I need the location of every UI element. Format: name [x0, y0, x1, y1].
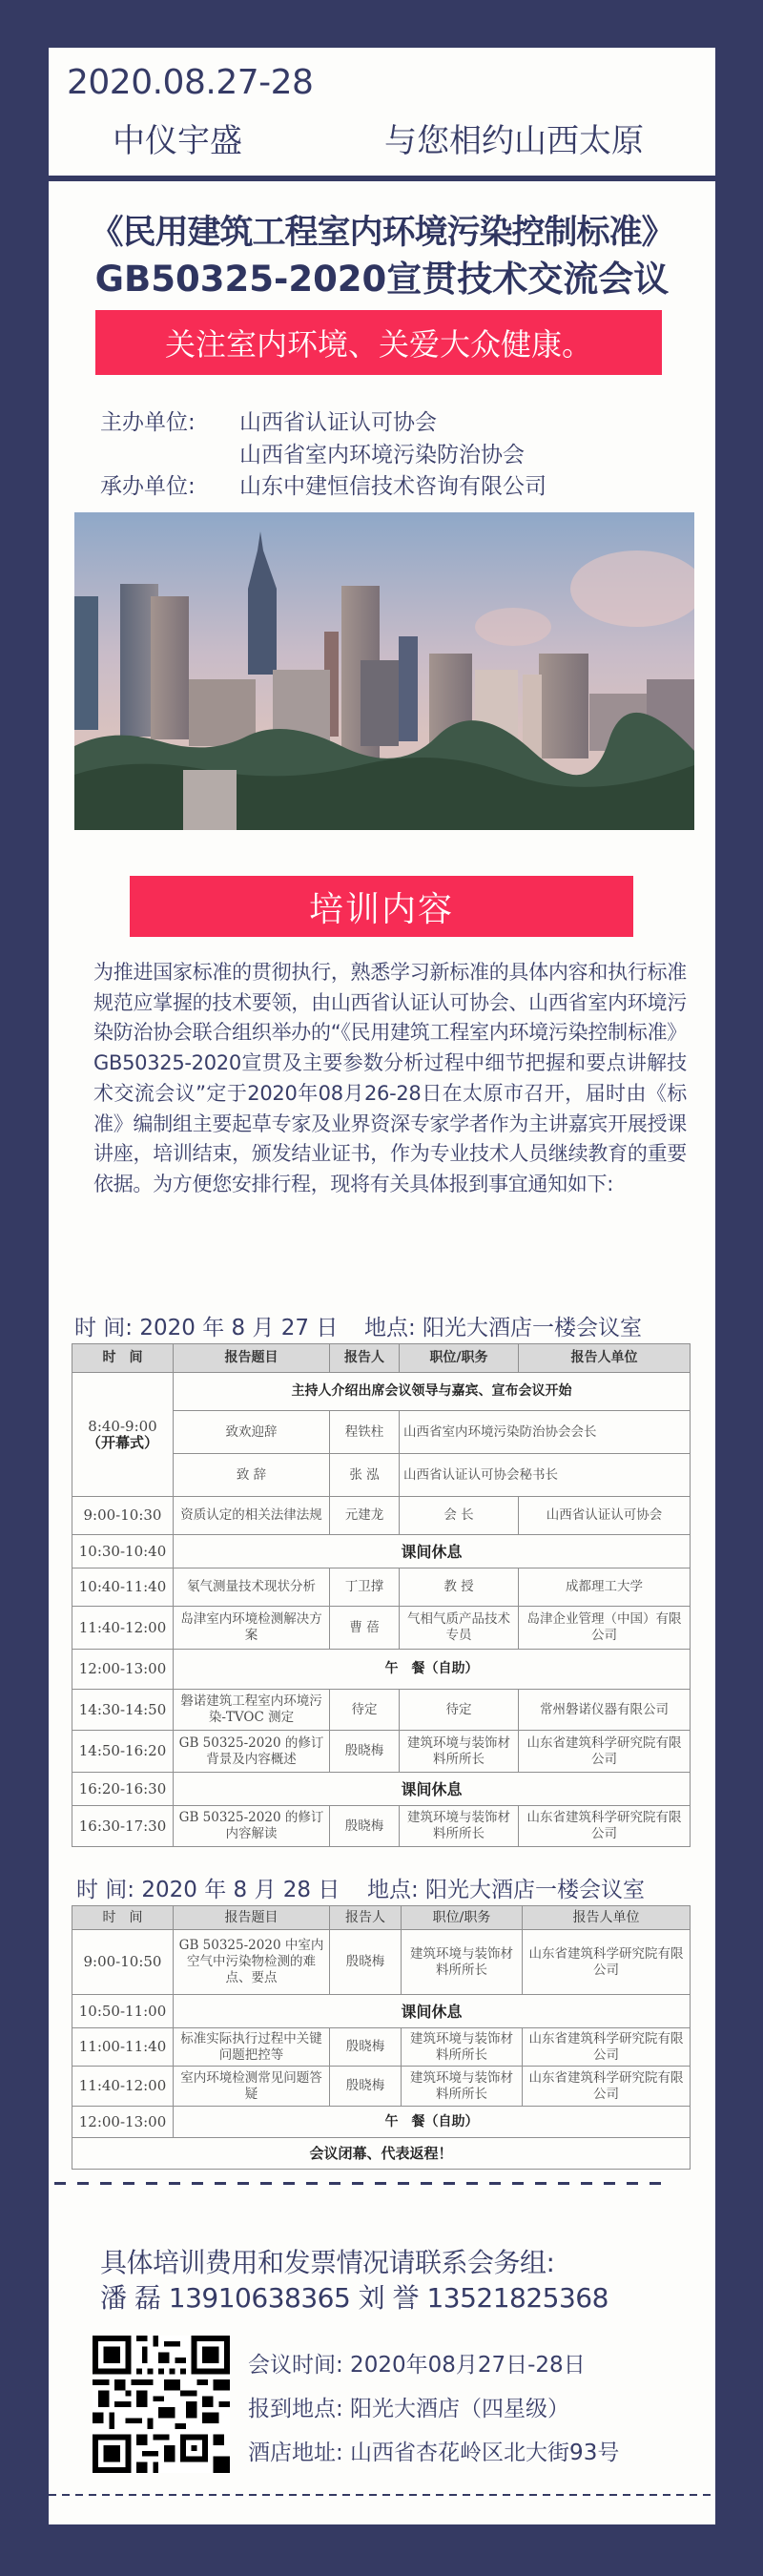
topic-cell: 氡气测量技术现状分析 — [174, 1568, 330, 1607]
table-header-row: 时 间 报告题目 报告人 职位/职务 报告人单位 — [72, 1906, 691, 1930]
unit-cell: 成都理工大学 — [519, 1568, 691, 1607]
col-position: 职位/职务 — [400, 1344, 519, 1373]
col-position: 职位/职务 — [402, 1906, 523, 1930]
topic-cell: 致 辞 — [174, 1454, 330, 1497]
position-cell: 建筑环境与装饰材料所所长 — [400, 1806, 519, 1847]
speaker-cell: 元建龙 — [330, 1497, 400, 1535]
col-time: 时 间 — [72, 1906, 174, 1930]
topic-cell: GB 50325-2020 的修订背景及内容概述 — [174, 1731, 330, 1773]
speaker-cell: 丁卫撑 — [330, 1568, 400, 1607]
dashed-divider-bottom — [49, 2494, 715, 2496]
unit-cell: 常州磐诺仪器有限公司 — [519, 1690, 691, 1731]
time-cell: 12:00-13:00 — [72, 1650, 174, 1690]
speaker-cell: 待定 — [330, 1690, 400, 1731]
speaker-cell: 殷晓梅 — [330, 1930, 402, 1995]
table-row-meal: 12:00-13:00 午 餐（自助） — [72, 1650, 691, 1690]
time-cell: 16:20-16:30 — [72, 1773, 174, 1806]
meal-cell: 午 餐（自助） — [174, 2107, 691, 2138]
topic-cell: 室内环境检测常见问题答疑 — [174, 2067, 330, 2107]
undertaker-label: 承办单位: — [100, 468, 196, 500]
table-row: 10:40-11:40 氡气测量技术现状分析 丁卫撑 教 授 成都理工大学 — [72, 1568, 691, 1607]
table-row: 9:00-10:50 GB 50325-2020 中室内空气中污染物检测的难点、… — [72, 1930, 691, 1995]
table-row-break: 16:20-16:30 课间休息 — [72, 1773, 691, 1806]
unit-cell: 山东省建筑科学研究院有限公司 — [519, 1731, 691, 1773]
page-title-line2: GB50325-2020宣贯技术交流会议 — [49, 250, 715, 301]
host-intro-cell: 主持人介绍出席会议领导与嘉宾、宣布会议开始 — [174, 1373, 691, 1411]
skyline-illustration — [74, 512, 694, 830]
time-cell: 10:30-10:40 — [72, 1535, 174, 1568]
contact-line2: 潘 磊 13910638365 刘 誉 13521825368 — [100, 2277, 608, 2316]
time-cell: 10:50-11:00 — [72, 1995, 174, 2028]
day2-schedule-table: 时 间 报告题目 报告人 职位/职务 报告人单位 9:00-10:50 GB 5… — [72, 1905, 691, 2170]
table-row-closing: 会议闭幕、代表返程！ — [72, 2138, 691, 2170]
table-row: 11:40-12:00 岛津室内环境检测解决方案 曹 蓓 气相气质产品技术专员 … — [72, 1607, 691, 1650]
section-title-banner: 培训内容 — [130, 876, 633, 937]
table-row-break: 10:50-11:00 课间休息 — [72, 1995, 691, 2028]
topic-cell: GB 50325-2020 中室内空气中污染物检测的难点、要点 — [174, 1930, 330, 1995]
col-speaker: 报告人 — [330, 1906, 402, 1930]
unit-cell: 山西省认证认可协会 — [519, 1497, 691, 1535]
opening-time-cell: 8:40-9:00 （开幕式） — [72, 1373, 174, 1497]
topic-cell: 标准实际执行过程中关键问题把控等 — [174, 2028, 330, 2067]
table-row: 16:30-17:30 GB 50325-2020 的修订内容解读 殷晓梅 建筑… — [72, 1806, 691, 1847]
unit-cell: 山东省建筑科学研究院有限公司 — [519, 1806, 691, 1847]
day1-schedule-table: 时 间 报告题目 报告人 职位/职务 报告人单位 8:40-9:00 （开幕式）… — [72, 1343, 691, 1847]
section-title-text: 培训内容 — [309, 883, 454, 931]
contact-line1: 具体培训费用和发票情况请联系会务组: — [100, 2242, 554, 2280]
slogan-banner: 关注室内环境、关爱大众健康。 — [95, 310, 662, 375]
time-cell: 9:00-10:30 — [72, 1497, 174, 1535]
meal-cell: 午 餐（自助） — [174, 1650, 691, 1690]
page-title-line1: 《民用建筑工程室内环境污染控制标准》 — [49, 206, 715, 254]
day2-place-label: 地点: 阳光大酒店一楼会议室 — [367, 1872, 645, 1903]
time-cell: 9:00-10:50 — [72, 1930, 174, 1995]
tagline: 与您相约山西太原 — [384, 114, 644, 161]
hotel-address: 酒店地址: 山西省杏花岭区北大街93号 — [248, 2435, 619, 2466]
qr-code-icon — [93, 2336, 230, 2473]
position-cell: 气相气质产品技术专员 — [400, 1607, 519, 1650]
day1-place-label: 地点: 阳光大酒店一楼会议室 — [364, 1310, 642, 1341]
table-row: 11:00-11:40 标准实际执行过程中关键问题把控等 殷晓梅 建筑环境与装饰… — [72, 2028, 691, 2067]
col-unit: 报告人单位 — [523, 1906, 691, 1930]
table-row: 11:40-12:00 室内环境检测常见问题答疑 殷晓梅 建筑环境与装饰材料所所… — [72, 2067, 691, 2107]
time-cell: 11:40-12:00 — [72, 2067, 174, 2107]
time-cell: 12:00-13:00 — [72, 2107, 174, 2138]
col-unit: 报告人单位 — [519, 1344, 691, 1373]
opening-time: 8:40-9:00 — [76, 1419, 169, 1435]
host-label: 主办单位: — [100, 405, 196, 436]
table-row-meal: 12:00-13:00 午 餐（自助） — [72, 2107, 691, 2138]
title-unit-cell: 山西省室内环境污染防治协会会长 — [400, 1411, 691, 1454]
intro-paragraph: 为推进国家标准的贯彻执行，熟悉学习新标准的具体内容和执行标准规范应掌握的技术要领… — [93, 958, 687, 1200]
speaker-cell: 殷晓梅 — [330, 2028, 402, 2067]
speaker-cell: 曹 蓓 — [330, 1607, 400, 1650]
city-skyline-photo — [74, 512, 694, 830]
break-cell: 课间休息 — [174, 1995, 691, 2028]
col-topic: 报告题目 — [174, 1906, 330, 1930]
col-topic: 报告题目 — [174, 1344, 330, 1373]
undertaker: 山东中建恒信技术咨询有限公司 — [239, 468, 546, 500]
table-row: 14:30-14:50 磐诺建筑工程室内环境污染-TVOC 测定 待定 待定 常… — [72, 1690, 691, 1731]
speaker-cell: 程铁柱 — [330, 1411, 400, 1454]
position-cell: 会 长 — [400, 1497, 519, 1535]
speaker-cell: 殷晓梅 — [330, 1731, 400, 1773]
event-date: 2020.08.27-28 — [67, 63, 313, 102]
host-2: 山西省室内环境污染防治协会 — [239, 437, 525, 468]
break-cell: 课间休息 — [174, 1773, 691, 1806]
unit-cell: 山东省建筑科学研究院有限公司 — [523, 2028, 691, 2067]
position-cell: 建筑环境与装饰材料所所长 — [402, 2067, 523, 2107]
unit-cell: 岛津企业管理（中国）有限公司 — [519, 1607, 691, 1650]
topic-cell: 磐诺建筑工程室内环境污染-TVOC 测定 — [174, 1690, 330, 1731]
opening-label: （开幕式） — [76, 1435, 169, 1451]
position-cell: 建筑环境与装饰材料所所长 — [402, 1930, 523, 1995]
col-speaker: 报告人 — [330, 1344, 400, 1373]
time-cell: 16:30-17:30 — [72, 1806, 174, 1847]
position-cell: 待定 — [400, 1690, 519, 1731]
slogan-text: 关注室内环境、关爱大众健康。 — [165, 321, 592, 364]
title-unit-cell: 山西省认证认可协会秘书长 — [400, 1454, 691, 1497]
closing-cell: 会议闭幕、代表返程！ — [72, 2138, 691, 2170]
time-cell: 14:30-14:50 — [72, 1690, 174, 1731]
position-cell: 建筑环境与装饰材料所所长 — [402, 2028, 523, 2067]
speaker-cell: 殷晓梅 — [330, 2067, 402, 2107]
table-header-row: 时 间 报告题目 报告人 职位/职务 报告人单位 — [72, 1344, 691, 1373]
topic-cell: GB 50325-2020 的修订内容解读 — [174, 1806, 330, 1847]
table-row: 8:40-9:00 （开幕式） 主持人介绍出席会议领导与嘉宾、宣布会议开始 — [72, 1373, 691, 1411]
speaker-cell: 张 泓 — [330, 1454, 400, 1497]
position-cell: 教 授 — [400, 1568, 519, 1607]
time-cell: 11:00-11:40 — [72, 2028, 174, 2067]
unit-cell: 山东省建筑科学研究院有限公司 — [523, 2067, 691, 2107]
time-cell: 14:50-16:20 — [72, 1731, 174, 1773]
topic-cell: 致欢迎辞 — [174, 1411, 330, 1454]
host-1: 山西省认证认可协会 — [239, 405, 437, 436]
meeting-time: 会议时间: 2020年08月27日-28日 — [248, 2347, 586, 2379]
day1-time-label: 时 间: 2020 年 8 月 27 日 — [74, 1310, 338, 1341]
time-cell: 11:40-12:00 — [72, 1607, 174, 1650]
checkin-location: 报到地点: 阳光大酒店（四星级） — [248, 2391, 569, 2422]
topic-cell: 岛津室内环境检测解决方案 — [174, 1607, 330, 1650]
dashed-divider — [54, 2182, 665, 2185]
unit-cell: 山东省建筑科学研究院有限公司 — [523, 1930, 691, 1995]
topic-cell: 资质认定的相关法律法规 — [174, 1497, 330, 1535]
day2-time-label: 时 间: 2020 年 8 月 28 日 — [76, 1872, 340, 1903]
organizer-brand: 中仪宇盛 — [113, 114, 242, 161]
speaker-cell: 殷晓梅 — [330, 1806, 400, 1847]
table-row: 9:00-10:30 资质认定的相关法律法规 元建龙 会 长 山西省认证认可协会 — [72, 1497, 691, 1535]
break-cell: 课间休息 — [174, 1535, 691, 1568]
qr-code[interactable] — [93, 2336, 230, 2473]
time-cell: 10:40-11:40 — [72, 1568, 174, 1607]
table-row-break: 10:30-10:40 课间休息 — [72, 1535, 691, 1568]
table-row: 14:50-16:20 GB 50325-2020 的修订背景及内容概述 殷晓梅… — [72, 1731, 691, 1773]
position-cell: 建筑环境与装饰材料所所长 — [400, 1731, 519, 1773]
col-time: 时 间 — [72, 1344, 174, 1373]
